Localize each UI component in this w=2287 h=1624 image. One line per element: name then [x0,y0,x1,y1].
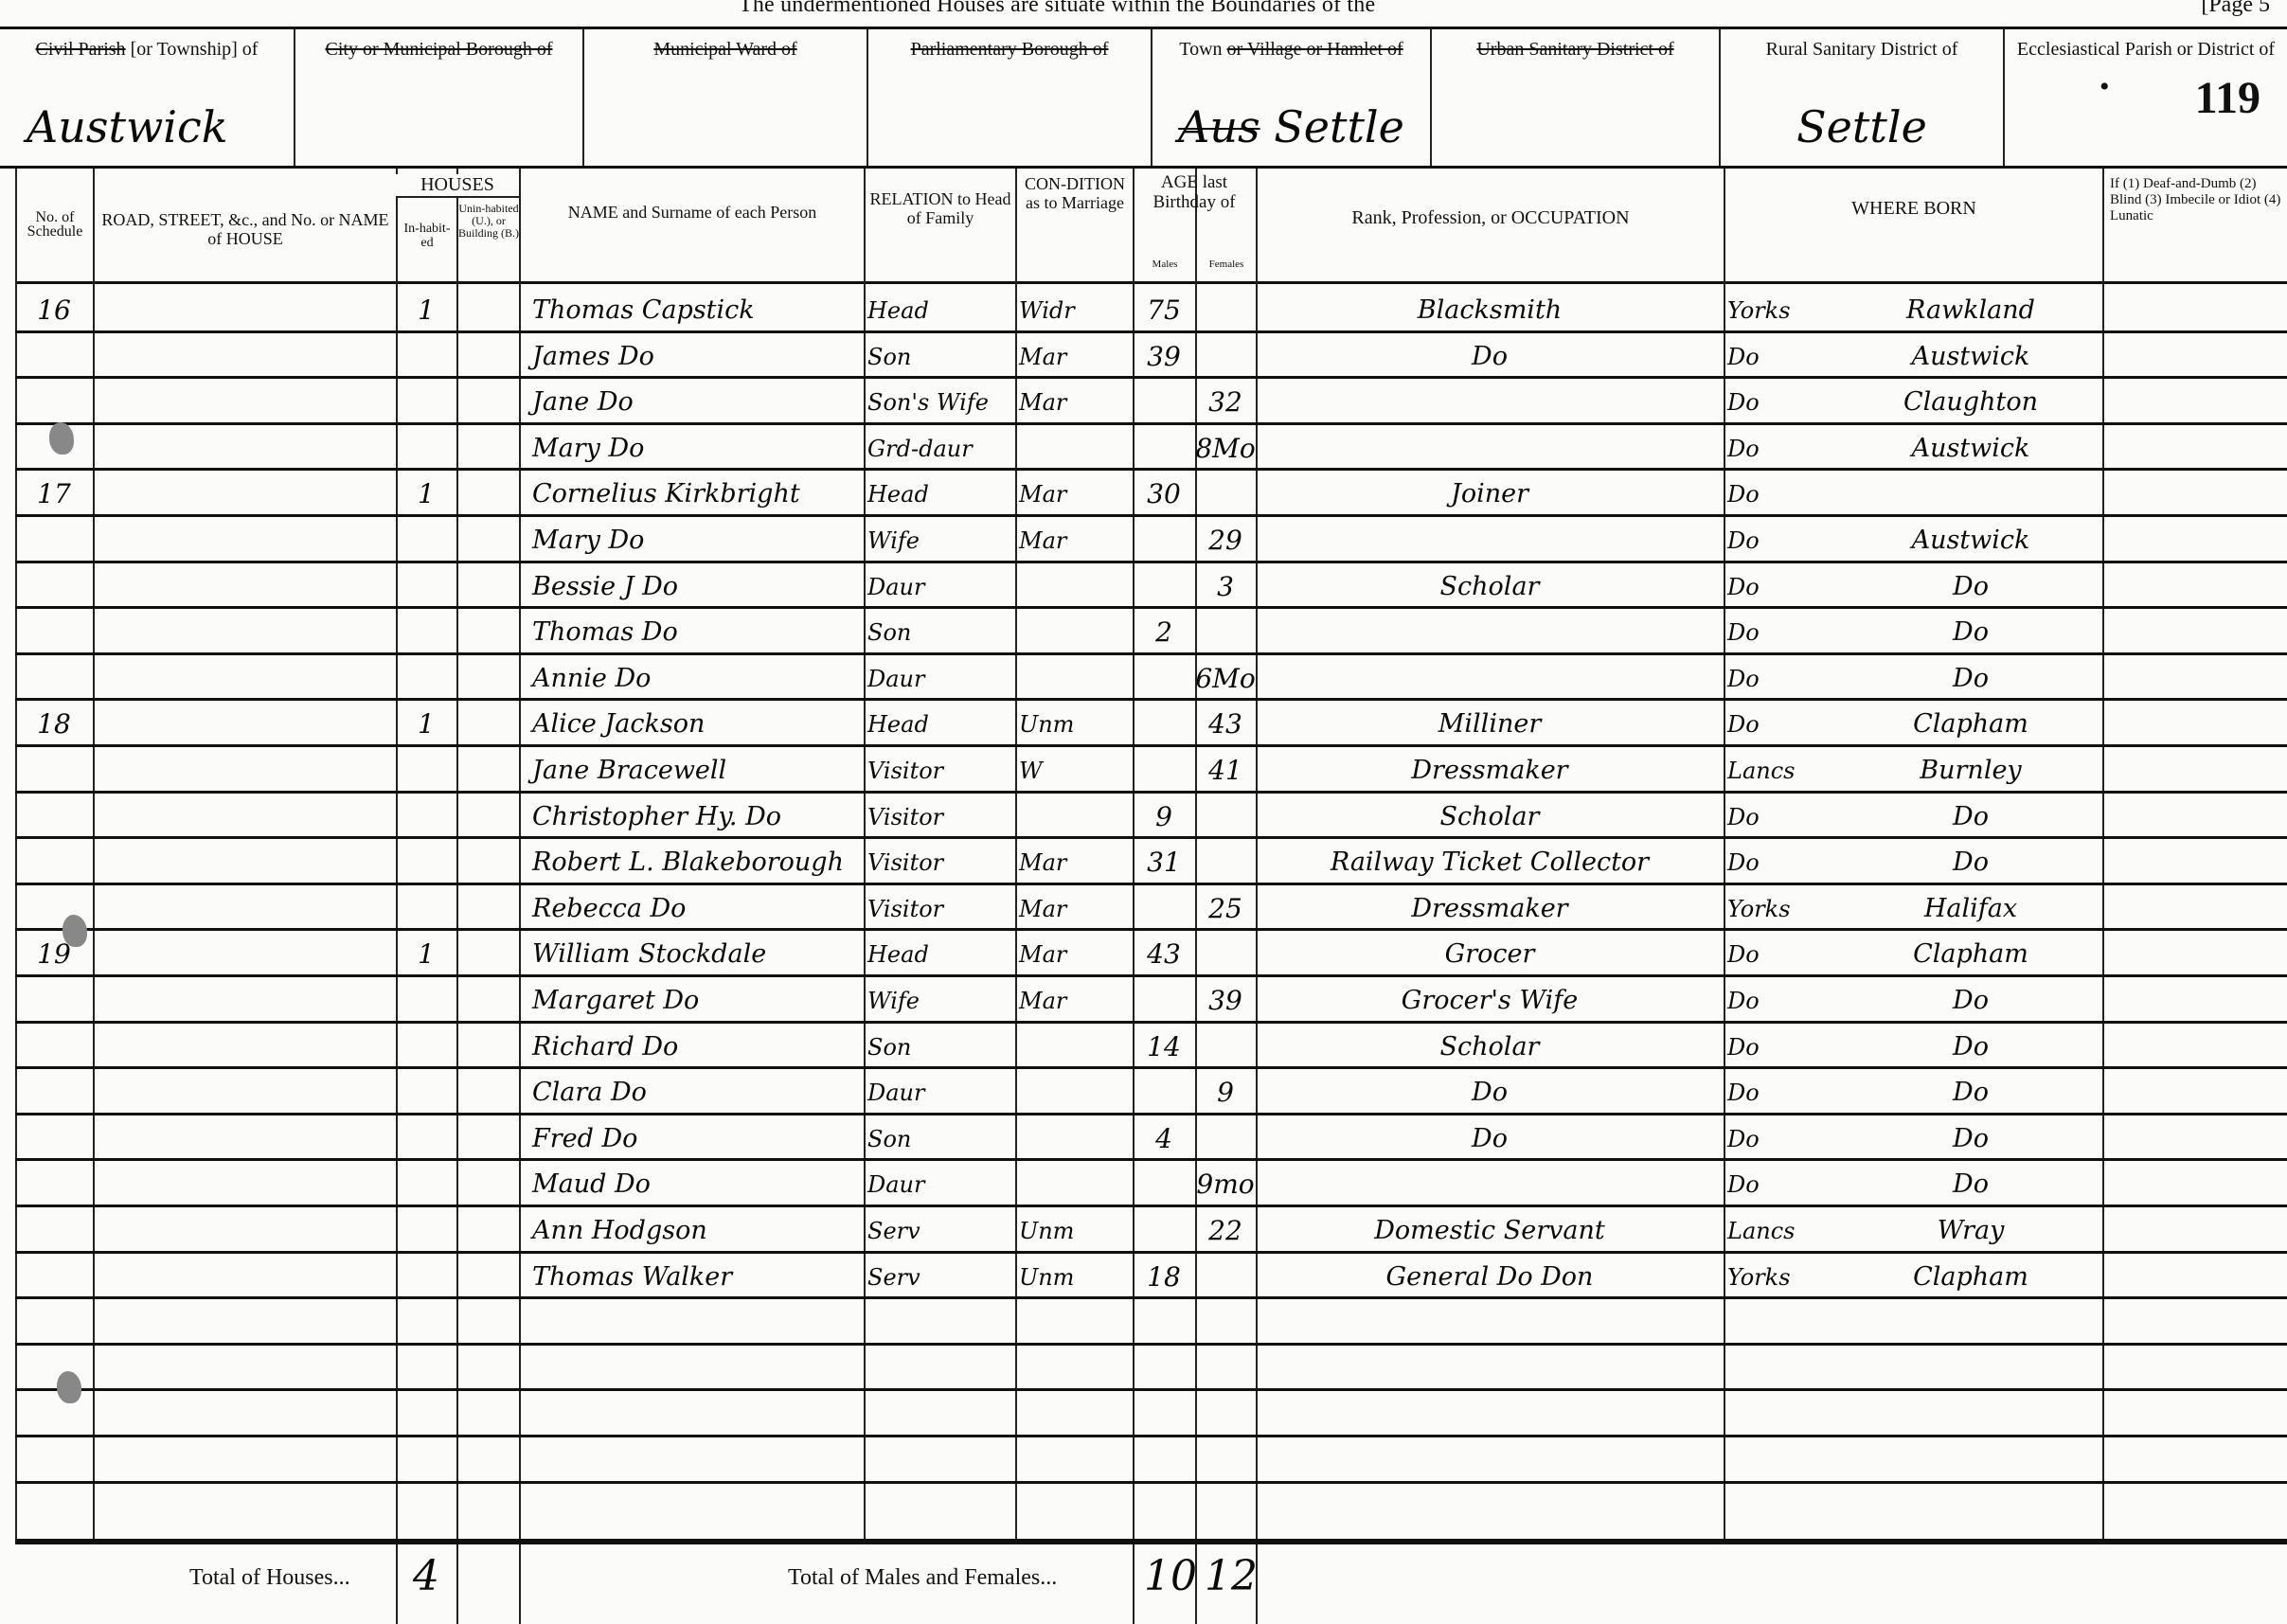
cell-male-age [1133,886,1195,932]
cell-male-age [1133,978,1195,1024]
cell-condition [1019,426,1133,472]
cell-male-age: 39 [1133,334,1195,380]
header-label: Rural Sanitary District of [1721,29,2003,60]
cell-born-county: Do [1727,656,1841,702]
cell-name: Margaret Do [532,978,864,1024]
census-page: The undermentioned Houses are situate wi… [0,0,2287,1624]
cell-schedule [15,1162,93,1207]
header-value-parish: Austwick [0,101,294,152]
total-males-value: 10 [1144,1552,1197,1600]
cell-relation: Daur [867,564,1015,610]
cell-male-age [1133,564,1195,610]
cell-male-age [1133,1070,1195,1115]
cell-condition: Mar [1019,886,1133,932]
cell-condition: Mar [1019,978,1133,1024]
page-banner: The undermentioned Houses are situate wi… [739,0,1375,18]
cell-born-place: Wray [1843,1208,2099,1254]
cell-female-age [1195,932,1256,977]
totals-footer: Total of Houses... 4 Total of Males and … [15,1539,2287,1624]
cell-born-county: Yorks [1727,886,1841,932]
table-row: Clara DoDaur9DoDoDo [15,1070,2287,1116]
folio-number: 119 [2195,72,2260,124]
header-label-struck: City or Municipal Borough of [295,29,582,60]
cell-born-county: Do [1727,610,1841,655]
cell-condition [1019,794,1133,840]
cell-male-age: 31 [1133,840,1195,885]
cell-born-county: Yorks [1727,288,1841,333]
cell-male-age: 30 [1133,472,1195,517]
cell-relation: Son [867,1116,1015,1162]
cell-occupation: Dressmaker [1256,886,1724,932]
cell-schedule [15,748,93,794]
cell-relation: Visitor [867,886,1015,932]
cell-name: Cornelius Kirkbright [532,472,864,517]
cell-condition: Unm [1019,702,1133,747]
header-value-struck: Aus [1178,101,1260,152]
cell-schedule [15,794,93,840]
cell-name: Jane Bracewell [532,748,864,794]
cell-condition: Mar [1019,380,1133,425]
cell-inhabited: 1 [396,702,456,747]
age-group-label: AGE last Birthday of [1133,172,1256,212]
cell-born-place: Burnley [1843,748,2099,794]
cell-born-county: Lancs [1727,1208,1841,1254]
cell-female-age: 43 [1195,702,1256,747]
cell-male-age: 18 [1133,1255,1195,1300]
cell-inhabited [396,748,456,794]
cell-condition: Mar [1019,840,1133,885]
header-value: Settle [1274,101,1404,152]
cell-relation: Head [867,288,1015,333]
cell-inhabited [396,656,456,702]
cell-relation: Son [867,334,1015,380]
cell-born-place: Do [1843,1162,2099,1207]
cell-occupation: Dressmaker [1256,748,1724,794]
cell-inhabited [396,1025,456,1070]
cell-name: James Do [532,334,864,380]
cell-born-place: Austwick [1843,334,2099,380]
cell-occupation [1256,656,1724,702]
cell-born-county: Do [1727,1070,1841,1115]
cell-born-place: Halifax [1843,886,2099,932]
row-rule [15,1343,2287,1346]
cell-name: Bessie J Do [532,564,864,610]
cell-relation: Son [867,610,1015,655]
cell-schedule [15,518,93,563]
cell-name: Jane Do [532,380,864,425]
cell-inhabited [396,978,456,1024]
cell-male-age [1133,748,1195,794]
cell-name: Thomas Walker [532,1255,864,1300]
footer-divider [396,1544,398,1624]
col-header: ROAD, STREET, &c., and No. or NAME of HO… [95,169,396,284]
table-row: Fred DoSon4DoDoDo [15,1116,2287,1163]
cell-condition: Mar [1019,472,1133,517]
cell-female-age: 9mo [1195,1162,1256,1207]
cell-name: Thomas Do [532,610,864,655]
cell-male-age: 9 [1133,794,1195,840]
table-row: 161Thomas CapstickHeadWidr75BlacksmithYo… [15,288,2287,334]
cell-born-place: Do [1843,794,2099,840]
cell-born-place: Austwick [1843,426,2099,472]
cell-male-age [1133,656,1195,702]
cell-inhabited [396,610,456,655]
cell-born-place: Rawkland [1843,288,2099,333]
cell-name: Thomas Capstick [532,288,864,333]
cell-male-age [1133,426,1195,472]
cell-male-age [1133,1162,1195,1207]
cell-male-age [1133,518,1195,563]
cell-relation: Daur [867,1070,1015,1115]
cell-schedule [15,564,93,610]
cell-occupation: Grocer [1256,932,1724,977]
cell-schedule: 18 [15,702,93,747]
footer-divider [1195,1544,1197,1624]
table-row: Robert L. BlakeboroughVisitorMar31Railwa… [15,840,2287,886]
col-header: No. of Schedule [17,169,93,284]
cell-female-age [1195,1025,1256,1070]
cell-born-county: Do [1727,794,1841,840]
cell-born-place: Clapham [1843,932,2099,977]
cell-relation: Wife [867,518,1015,563]
cell-female-age [1195,334,1256,380]
cell-name: Christopher Hy. Do [532,794,864,840]
cell-relation: Son [867,1025,1015,1070]
total-persons-label: Total of Males and Females... [788,1565,1057,1591]
header-boxes: Civil Parish [or Township] of Austwick C… [0,27,2287,169]
cell-occupation: Railway Ticket Collector [1256,840,1724,885]
cell-occupation: Joiner [1256,472,1724,517]
header-label-struck: Municipal Ward of [584,29,867,60]
cell-born-place: Clapham [1843,702,2099,747]
cell-occupation: Domestic Servant [1256,1208,1724,1254]
cell-relation: Grd-daur [867,426,1015,472]
table-row: Thomas DoSon2DoDo [15,610,2287,656]
cell-schedule: 17 [15,472,93,517]
cell-inhabited [396,426,456,472]
table-row: Jane BracewellVisitorW41DressmakerLancsB… [15,748,2287,794]
cell-name: Clara Do [532,1070,864,1115]
header-parliamentary-borough: Parliamentary Borough of [867,29,1151,166]
col-header: CON-DITION as to Marriage [1017,169,1133,284]
table-row: 181Alice JacksonHeadUnm43MillinerDoClaph… [15,702,2287,748]
cell-inhabited: 1 [396,472,456,517]
cell-schedule [15,610,93,655]
cell-inhabited [396,886,456,932]
cell-born-county: Do [1727,334,1841,380]
col-header: Rank, Profession, or OCCUPATION [1258,169,1724,284]
cell-relation: Head [867,702,1015,747]
header-civil-parish: Civil Parish [or Township] of Austwick [0,29,294,166]
cell-relation: Wife [867,978,1015,1024]
table-row: 171Cornelius KirkbrightHeadMar30JoinerDo [15,472,2287,518]
total-females-value: 12 [1205,1552,1258,1600]
cell-condition: Unm [1019,1208,1133,1254]
cell-name: Fred Do [532,1116,864,1162]
cell-condition: Widr [1019,288,1133,333]
cell-inhabited [396,840,456,885]
cell-occupation: Scholar [1256,794,1724,840]
total-houses-label: Total of Houses... [189,1565,350,1591]
col-header: RELATION to Head of Family [866,169,1015,284]
cell-female-age: 39 [1195,978,1256,1024]
cell-relation: Head [867,472,1015,517]
cell-schedule [15,1208,93,1254]
cell-schedule [15,380,93,425]
cell-occupation: Grocer's Wife [1256,978,1724,1024]
cell-inhabited [396,564,456,610]
table-row: Bessie J DoDaur3ScholarDoDo [15,564,2287,611]
header-label-struck: Parliamentary Borough of [868,29,1151,60]
cell-male-age [1133,1208,1195,1254]
cell-female-age [1195,610,1256,655]
cell-born-county: Do [1727,380,1841,425]
header-rural-sanitary: Rural Sanitary District of Settle [1719,29,2003,166]
cell-born-place: Do [1843,1070,2099,1115]
cell-inhabited [396,1255,456,1300]
cell-occupation: Scholar [1256,1025,1724,1070]
header-value-town: Aus Settle [1152,101,1430,152]
cell-name: Rebecca Do [532,886,864,932]
cell-male-age: 43 [1133,932,1195,977]
header-ecclesiastical: Ecclesiastical Parish or District of • 1… [2003,29,2287,166]
cell-female-age: 29 [1195,518,1256,563]
cell-inhabited [396,1070,456,1115]
cell-name: Maud Do [532,1162,864,1207]
cell-occupation: Scholar [1256,564,1724,610]
cell-born-place: Claughton [1843,380,2099,425]
cell-schedule [15,1070,93,1115]
table-row: Mary DoWifeMar29DoAustwick [15,518,2287,564]
dot-mark: • [2099,71,2110,103]
cell-born-county: Do [1727,1116,1841,1162]
cell-condition [1019,1116,1133,1162]
row-rule [15,1435,2287,1437]
col-header: WHERE BORN [1725,169,2102,284]
cell-born-county: Do [1727,978,1841,1024]
table-row: Christopher Hy. DoVisitor9ScholarDoDo [15,794,2287,841]
cell-born-county: Lancs [1727,748,1841,794]
cell-condition [1019,564,1133,610]
census-table: No. of Schedule ROAD, STREET, &c., and N… [15,169,2287,1542]
header-town: Town or Village or Hamlet of Aus Settle [1151,29,1430,166]
row-rule [15,1388,2287,1391]
cell-born-county: Do [1727,932,1841,977]
cell-female-age [1195,840,1256,885]
cell-male-age: 14 [1133,1025,1195,1070]
cell-born-place: Austwick [1843,518,2099,563]
header-label-struck: or Village or Hamlet of [1227,39,1403,60]
cell-inhabited [396,1208,456,1254]
cell-schedule: 16 [15,288,93,333]
table-row: Margaret DoWifeMar39Grocer's WifeDoDo [15,978,2287,1025]
cell-relation: Daur [867,656,1015,702]
cell-born-county: Do [1727,1162,1841,1207]
cell-male-age: 75 [1133,288,1195,333]
table-row: Jane DoSon's WifeMar32DoClaughton [15,380,2287,426]
cell-schedule [15,840,93,885]
cell-inhabited [396,380,456,425]
cell-male-age: 2 [1133,610,1195,655]
cell-male-age [1133,702,1195,747]
cell-female-age: 41 [1195,748,1256,794]
cell-female-age: 3 [1195,564,1256,610]
cell-name: Mary Do [532,426,864,472]
header-urban-sanitary: Urban Sanitary District of [1430,29,1719,166]
cell-name: William Stockdale [532,932,864,977]
cell-condition [1019,1162,1133,1207]
houses-group-label: HOUSES [396,174,519,198]
cell-born-place: Do [1843,656,2099,702]
cell-inhabited [396,1162,456,1207]
footer-divider [1133,1544,1135,1624]
cell-condition [1019,1025,1133,1070]
cell-relation: Visitor [867,794,1015,840]
cell-female-age: 25 [1195,886,1256,932]
cell-condition [1019,610,1133,655]
cell-female-age [1195,288,1256,333]
cell-occupation: Milliner [1256,702,1724,747]
table-row: Annie DoDaur6MoDoDo [15,656,2287,703]
table-row: Maud DoDaur9moDoDo [15,1162,2287,1208]
table-row: Richard DoSon14ScholarDoDo [15,1025,2287,1071]
cell-relation: Son's Wife [867,380,1015,425]
header-label: Ecclesiastical Parish or District of [2005,29,2287,60]
cell-born-county: Yorks [1727,1255,1841,1300]
cell-name: Ann Hodgson [532,1208,864,1254]
row-rule [15,1481,2287,1484]
table-row: Thomas WalkerServUnm18General Do DonYork… [15,1255,2287,1301]
cell-born-place: Do [1843,1025,2099,1070]
cell-relation: Visitor [867,840,1015,885]
cell-condition [1019,656,1133,702]
cell-occupation: Blacksmith [1256,288,1724,333]
cell-inhabited [396,1116,456,1162]
cell-born-county: Do [1727,472,1841,517]
cell-born-place [1843,472,2099,517]
footer-divider [456,1544,458,1624]
cell-born-county: Do [1727,1025,1841,1070]
cell-relation: Daur [867,1162,1015,1207]
cell-born-county: Do [1727,518,1841,563]
header-value-rural: Settle [1721,101,2003,152]
cell-female-age [1195,794,1256,840]
cell-born-place: Do [1843,978,2099,1024]
ink-blot [57,1371,81,1403]
header-label: Town [1179,39,1222,60]
header-label-struck: Civil Parish [36,39,126,60]
cell-name: Alice Jackson [532,702,864,747]
cell-occupation [1256,610,1724,655]
cell-occupation: Do [1256,1070,1724,1115]
footer-divider [519,1544,521,1624]
cell-name: Richard Do [532,1025,864,1070]
cell-inhabited [396,518,456,563]
cell-condition: Mar [1019,932,1133,977]
total-houses-value: 4 [413,1552,439,1600]
cell-female-age: 9 [1195,1070,1256,1115]
cell-condition [1019,1070,1133,1115]
cell-born-place: Do [1843,1116,2099,1162]
cell-female-age: 8Mo [1195,426,1256,472]
cell-female-age [1195,472,1256,517]
page-marker: [Page 5 [2201,0,2270,18]
col-header: NAME and Surname of each Person [521,169,864,284]
table-row: Rebecca DoVisitorMar25DressmakerYorksHal… [15,886,2287,933]
cell-occupation: General Do Don [1256,1255,1724,1300]
cell-born-county: Do [1727,840,1841,885]
cell-female-age: 6Mo [1195,656,1256,702]
cell-born-county: Do [1727,702,1841,747]
cell-born-place: Do [1843,610,2099,655]
header-label: [or Township] of [131,39,259,60]
cell-relation: Visitor [867,748,1015,794]
cell-inhabited: 1 [396,932,456,977]
cell-male-age [1133,380,1195,425]
cell-female-age: 22 [1195,1208,1256,1254]
cell-condition: W [1019,748,1133,794]
cell-schedule [15,1116,93,1162]
cell-schedule [15,1255,93,1300]
cell-schedule [15,1025,93,1070]
cell-name: Robert L. Blakeborough [532,840,864,885]
cell-female-age: 32 [1195,380,1256,425]
cell-condition: Mar [1019,334,1133,380]
col-header: If (1) Deaf-and-Dumb (2) Blind (3) Imbec… [2104,169,2287,284]
cell-occupation [1256,518,1724,563]
cell-born-place: Clapham [1843,1255,2099,1300]
cell-condition: Mar [1019,518,1133,563]
cell-condition: Unm [1019,1255,1133,1300]
cell-relation: Serv [867,1208,1015,1254]
cell-born-place: Do [1843,564,2099,610]
header-municipal-ward: Municipal Ward of [582,29,867,166]
cell-born-county: Do [1727,564,1841,610]
table-row: Ann HodgsonServUnm22Domestic ServantLanc… [15,1208,2287,1255]
cell-occupation [1256,380,1724,425]
cell-name: Mary Do [532,518,864,563]
table-row: 191William StockdaleHeadMar43GrocerDoCla… [15,932,2287,978]
cell-schedule [15,978,93,1024]
cell-male-age: 4 [1133,1116,1195,1162]
header-municipal-borough: City or Municipal Borough of [294,29,582,166]
cell-born-place: Do [1843,840,2099,885]
cell-schedule [15,656,93,702]
cell-occupation: Do [1256,334,1724,380]
ink-blot [49,422,74,455]
cell-relation: Serv [867,1255,1015,1300]
table-row: Mary DoGrd-daur8MoDoAustwick [15,426,2287,473]
cell-schedule [15,334,93,380]
cell-relation: Head [867,932,1015,977]
footer-divider [1256,1544,1258,1624]
cell-inhabited [396,794,456,840]
cell-female-age [1195,1116,1256,1162]
cell-name: Annie Do [532,656,864,702]
cell-inhabited [396,334,456,380]
cell-occupation: Do [1256,1116,1724,1162]
header-label-struck: Urban Sanitary District of [1432,29,1719,60]
cell-occupation [1256,426,1724,472]
cell-inhabited: 1 [396,288,456,333]
cell-female-age [1195,1255,1256,1300]
cell-born-county: Do [1727,426,1841,472]
table-row: James DoSonMar39DoDoAustwick [15,334,2287,381]
cell-occupation [1256,1162,1724,1207]
ink-blot [63,915,87,947]
